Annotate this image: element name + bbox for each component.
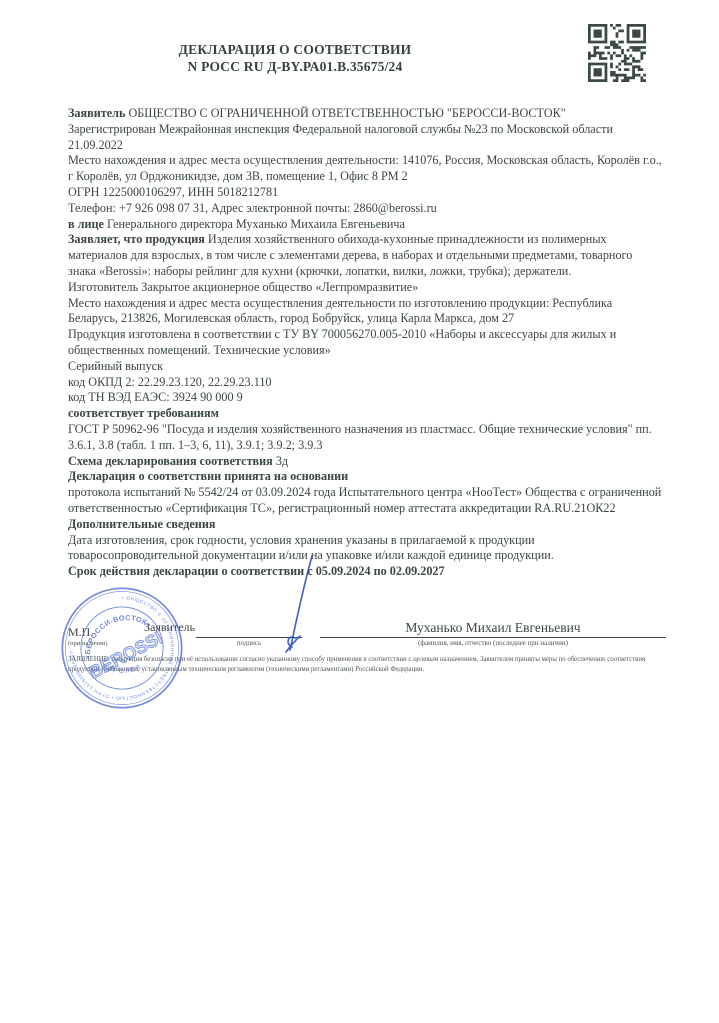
paragraph-tu: Продукция изготовлена в соответствии с Т… [68,327,662,359]
paragraph-address: Место нахождения и адрес места осуществл… [68,153,662,185]
paragraph-complies-heading: соответствует требованиям [68,406,662,422]
paragraph-serial: Серийный выпуск [68,359,662,375]
document-title: ДЕКЛАРАЦИЯ О СООТВЕТСТВИИ N РОСС RU Д-BY… [95,41,495,75]
fio-caption: (фамилия, имя, отчество (последнее при н… [320,638,666,647]
label-applicant: Заявитель [68,106,125,120]
document-page: ДЕКЛАРАЦИЯ О СООТВЕТСТВИИ N РОСС RU Д-BY… [0,0,719,1023]
paragraph-additional-heading: Дополнительные сведения [68,517,662,533]
fio-field: Муханько Михаил Евгеньевич (фамилия, имя… [320,620,666,647]
document-body: Заявитель ОБЩЕСТВО С ОГРАНИЧЕННОЙ ОТВЕТС… [68,106,662,580]
paragraph-registration: Зарегистрирован Межрайонная инспекция Фе… [68,122,662,154]
signer-name: Муханько Михаил Евгеньевич [320,620,666,637]
paragraph-basis-heading: Декларация о соответствии принята на осн… [68,469,662,485]
paragraph-scheme: Схема декларирования соответствия 3д [68,454,662,470]
handwritten-signature [272,550,327,655]
paragraph-represented-by: в лице Генерального директора Муханько М… [68,217,662,233]
paragraph-additional-info: Дата изготовления, срок годности, услови… [68,533,662,565]
paragraph-ogrn-inn: ОГРН 1225000106297, ИНН 5018212781 [68,185,662,201]
qr-code [588,24,646,82]
paragraph-test-protocol: протокола испытаний № 5542/24 от 03.09.2… [68,485,662,517]
paragraph-tnved: код ТН ВЭД ЕАЭС: 3924 90 000 9 [68,390,662,406]
paragraph-applicant: Заявитель ОБЩЕСТВО С ОГРАНИЧЕННОЙ ОТВЕТС… [68,106,662,122]
paragraph-okpd: код ОКПД 2: 22.29.23.120, 22.29.23.110 [68,375,662,391]
paragraph-product: Заявляет, что продукция Изделия хозяйств… [68,232,662,279]
title-line-1: ДЕКЛАРАЦИЯ О СООТВЕТСТВИИ [95,41,495,58]
validity-period: Срок действия декларации о соответствии … [68,564,662,580]
paragraph-contacts: Телефон: +7 926 098 07 31, Адрес электро… [68,201,662,217]
paragraph-manufacturer-address: Место нахождения и адрес места осуществл… [68,296,662,328]
paragraph-gost: ГОСТ Р 50962-96 "Посуда и изделия хозяйс… [68,422,662,454]
company-stamp-seal: • ОБЩЕСТВО С ОГРАНИЧЕННОЙ ОТВЕТСТВЕННОСТ… [60,586,184,710]
declaration-number: N РОСС RU Д-BY.РА01.В.35675/24 [95,58,495,75]
paragraph-manufacturer: Изготовитель Закрытое акционерное общест… [68,280,662,296]
